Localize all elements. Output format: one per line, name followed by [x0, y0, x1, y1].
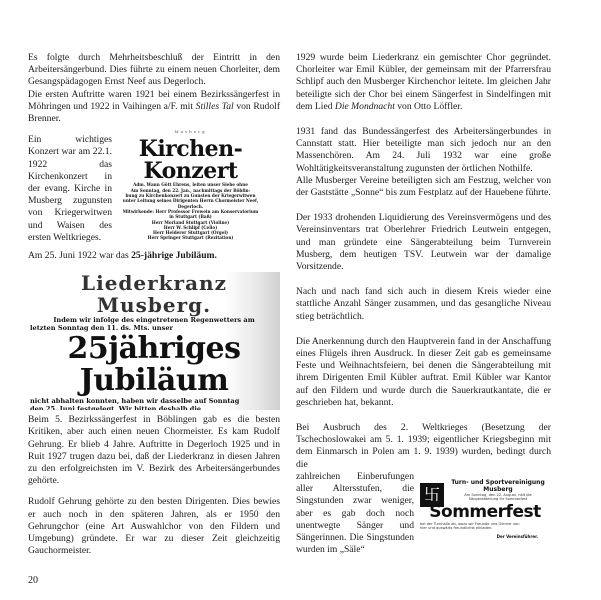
paragraph: Rudolf Gehrung gehörte zu den besten Dir…	[28, 496, 280, 557]
clipping-line: Adm. Wann Gött Ehrens, leiten unser Sieb…	[118, 182, 263, 187]
clipping-line: unter Leitung seines Dirigenten Herrn Ch…	[118, 198, 263, 203]
right-column: 1929 wurde beim Liederkranz ein gemischt…	[296, 52, 551, 556]
paragraph: Ein wichtiges Konzert war am 22.1. 1922 …	[28, 134, 112, 244]
paragraph: Es folgte durch Mehrheitsbeschluß der Ei…	[28, 52, 280, 89]
sommerfest-clipping: 卐 Turn- und Sportvereinigung Musberg Am …	[420, 479, 550, 554]
clipping-line: nicht abhalten konnten, haben wir dassel…	[28, 397, 280, 405]
paragraph: Die ersten Auftritte waren 1921 bei eine…	[28, 89, 280, 126]
paragraph: Die Anerkennung durch den Hauptverein fa…	[296, 336, 551, 409]
paragraph: Bei Ausbruch des 2. Weltkrieges (Besetzu…	[296, 422, 551, 471]
song-title: Die Mondnacht	[335, 101, 395, 112]
paragraph: Nach und nach fand sich auch in diesem K…	[296, 286, 551, 323]
paragraph: 1931 fand das Bundessängerfest des Arbei…	[296, 126, 551, 175]
kirchenkonzert-clipping: Musberg Kirchen-Konzert Adm. Wann Gött E…	[118, 126, 263, 241]
paragraph: Beim 5. Bezirkssängerfest in Böblingen g…	[28, 414, 280, 487]
paragraph: zahlreichen Einberufungen aller Altersst…	[296, 471, 414, 556]
page-number: 20	[28, 575, 38, 586]
paragraph: Der 1933 drohenden Liquidierung des Vere…	[296, 212, 551, 273]
clipping-line: wozu Jedermann freundlichst eingeladen i…	[118, 241, 263, 242]
concert-section: Ein wichtiges Konzert war am 22.1. 1922 …	[28, 134, 280, 244]
clipping-headline: Liederkranz Musberg.	[28, 272, 280, 316]
jubilaeum-clipping: Liederkranz Musberg. Indem wir infolge d…	[28, 272, 280, 410]
left-column: Es folgte durch Mehrheitsbeschluß der Ei…	[28, 52, 280, 557]
song-title: Stilles Tal	[196, 101, 234, 112]
emblem-icon: 卐	[420, 483, 444, 507]
war-section: zahlreichen Einberufungen aller Altersst…	[296, 471, 551, 556]
paragraph: Alle Musberger Vereine beteiligten sich …	[296, 175, 551, 199]
clipping-headline: Kirchen-Konzert	[118, 138, 263, 182]
paragraph: Am 25. Juni 1922 war das 25-jährige Jubi…	[28, 250, 280, 262]
paragraph: 1929 wurde beim Liederkranz ein gemischt…	[296, 52, 551, 113]
clipping-line: den 25. Juni festgelegt. Wir bitten desh…	[28, 405, 280, 410]
